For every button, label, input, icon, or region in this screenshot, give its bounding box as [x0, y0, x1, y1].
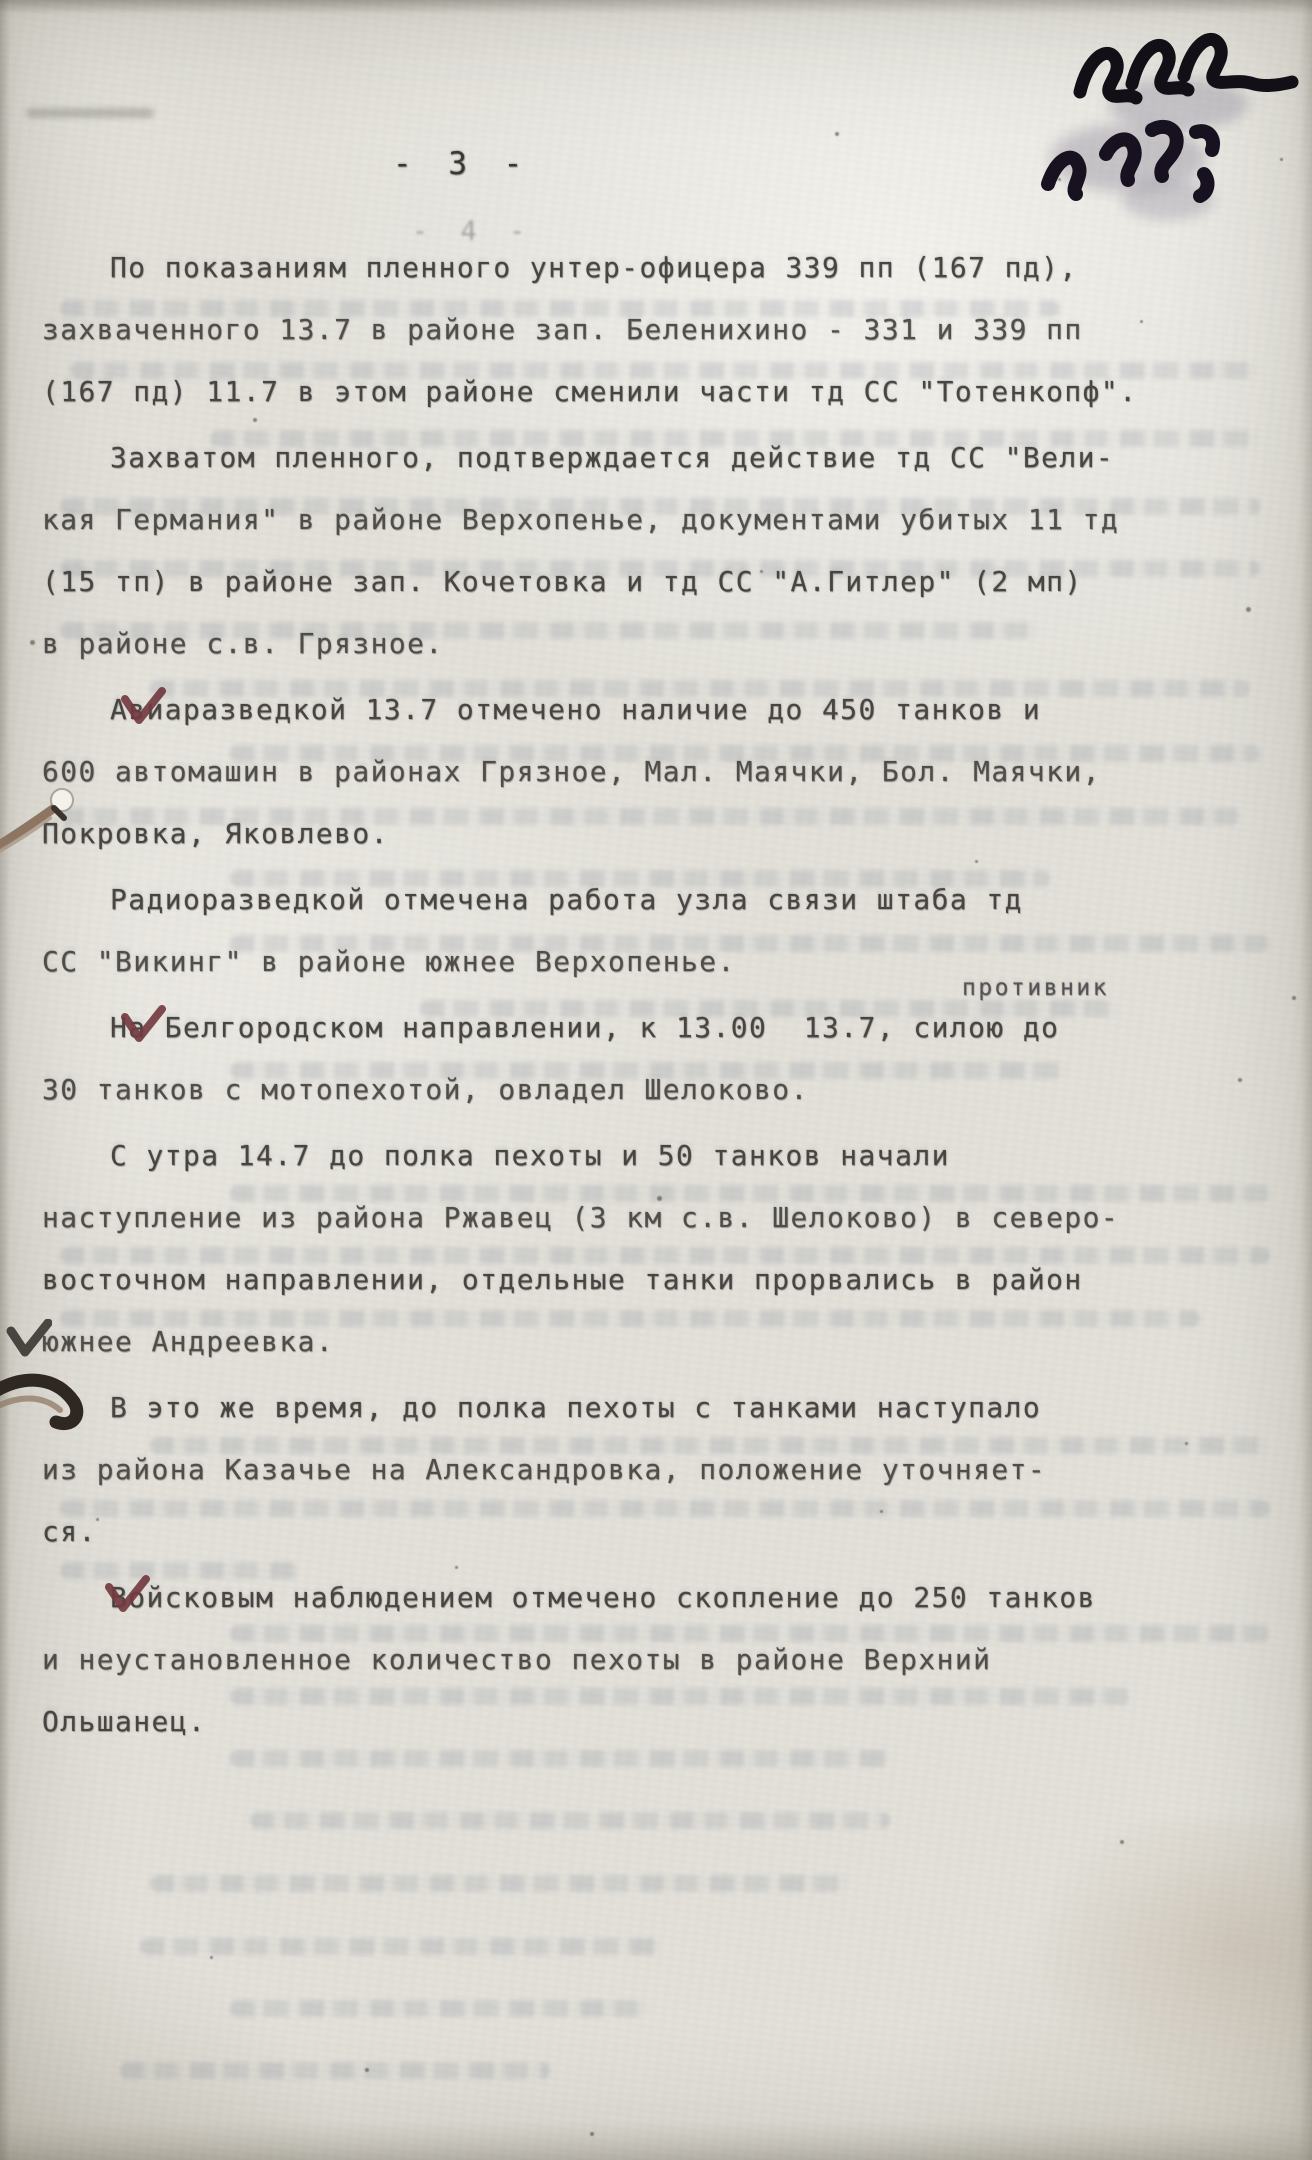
- bleed-through-line: [140, 1938, 660, 1955]
- typed-line: южнее Андреевка.: [42, 1311, 1292, 1373]
- binding-thread-lower: [0, 1352, 110, 1482]
- typed-line-text: На Белгородском направлении, к 13.00 13.…: [110, 1011, 1059, 1044]
- paper-stain: [1030, 1820, 1312, 2100]
- typed-line: Радиоразведкой отмечена работа узла связ…: [42, 869, 1292, 931]
- typed-line-text: восточном направлении, отдельные танки п…: [42, 1263, 1083, 1296]
- paper-speck: [210, 1956, 213, 1959]
- typed-line-text: 600 автомашин в районах Грязное, Мал. Ма…: [42, 755, 1101, 788]
- typed-line: В это же время, до полка пехоты с танкам…: [42, 1377, 1292, 1439]
- typed-line-text: ся.: [42, 1515, 97, 1548]
- binding-thread-upper: [0, 768, 95, 888]
- typed-line-text: Войсковым наблюдением отмечено скопление…: [110, 1581, 1096, 1614]
- typed-line-text: (15 тп) в районе зап. Кочетовка и тд СС …: [42, 565, 1083, 598]
- bleed-through-line: [120, 2062, 550, 2079]
- paragraph: В это же время, до полка пехоты с танкам…: [42, 1377, 1292, 1563]
- typed-line-text: По показаниям пленного унтер-офицера 339…: [110, 251, 1078, 284]
- typed-line-text: захваченного 13.7 в районе зап. Беленихи…: [42, 313, 1083, 346]
- typed-line: в районе с.в. Грязное.: [42, 613, 1292, 675]
- typed-line: (167 пд) 11.7 в этом районе сменили част…: [42, 361, 1292, 423]
- typed-line: Покровка, Яковлево.: [42, 803, 1292, 865]
- bleed-through-line: [150, 1875, 850, 1892]
- typed-line-text: Радиоразведкой отмечена работа узла связ…: [110, 883, 1023, 916]
- black-checkmark-icon: [4, 1317, 52, 1355]
- bleed-through-line: [230, 2000, 650, 2017]
- paragraph: С утра 14.7 до полка пехоты и 50 танков …: [42, 1125, 1292, 1373]
- typed-line: кая Германия" в районе Верхопенье, докум…: [42, 489, 1292, 551]
- typed-line-text: кая Германия" в районе Верхопенье, докум…: [42, 503, 1119, 536]
- typed-line-text: в районе с.в. Грязное.: [42, 627, 444, 660]
- typed-line-text: наступление из района Ржавец (3 км с.в. …: [42, 1201, 1119, 1234]
- typed-line-text: и неустановленное количество пехоты в ра…: [42, 1643, 991, 1676]
- typed-line-text: СС "Викинг" в районе южнее Верхопенье.: [42, 945, 736, 978]
- paper-speck: [835, 132, 839, 136]
- typed-line: По показаниям пленного унтер-офицера 339…: [42, 237, 1292, 299]
- bleed-through-line: [250, 1812, 890, 1829]
- paragraph: Войсковым наблюдением отмечено скопление…: [42, 1567, 1292, 1753]
- typed-line-text: из района Казачье на Александровка, поло…: [42, 1453, 1046, 1486]
- typed-line: из района Казачье на Александровка, поло…: [42, 1439, 1292, 1501]
- typed-line: 600 автомашин в районах Грязное, Мал. Ма…: [42, 741, 1292, 803]
- typed-line-text: В это же время, до полка пехоты с танкам…: [110, 1391, 1041, 1424]
- paragraph: По показаниям пленного унтер-офицера 339…: [42, 237, 1292, 423]
- paper-speck: [590, 2132, 594, 2136]
- typed-line-text: Авиаразведкой 13.7 отмечено наличие до 4…: [110, 693, 1041, 726]
- underlined-phrase: На Белгородском направлении,: [110, 1011, 621, 1044]
- typed-line: На Белгородском направлении, к 13.00 13.…: [42, 997, 1292, 1059]
- typed-line: Ольшанец.: [42, 1691, 1292, 1753]
- red-checkmark-icon: [34, 1573, 82, 1611]
- typed-line: Захватом пленного, подтверждается действ…: [42, 427, 1292, 489]
- red-checkmark-icon: [50, 1003, 98, 1041]
- typed-insertion-above-line: противник: [894, 977, 1109, 1000]
- handwritten-annotation-bottom: [1018, 88, 1258, 228]
- typed-line: и неустановленное количество пехоты в ра…: [42, 1629, 1292, 1691]
- paragraph: Авиаразведкой 13.7 отмечено наличие до 4…: [42, 679, 1292, 865]
- paper-speck: [1120, 1840, 1124, 1844]
- typed-line: 30 танков с мотопехотой, овладел Шелоков…: [42, 1059, 1292, 1121]
- typed-line: Авиаразведкой 13.7 отмечено наличие до 4…: [42, 679, 1292, 741]
- typed-line-text: С утра 14.7 до полка пехоты и 50 танков …: [110, 1139, 950, 1172]
- typed-line: С утра 14.7 до полка пехоты и 50 танков …: [42, 1125, 1292, 1187]
- paper-speck: [365, 2068, 369, 2072]
- typed-line-text: 30 танков с мотопехотой, овладел Шелоков…: [42, 1073, 809, 1106]
- typed-line: ся.: [42, 1501, 1292, 1563]
- paper-speck: [30, 640, 35, 645]
- typed-line-text: (167 пд) 11.7 в этом районе сменили част…: [42, 375, 1137, 408]
- paper-speck: [1292, 996, 1296, 1000]
- typed-line-text: Ольшанец.: [42, 1705, 206, 1738]
- paragraph: Захватом пленного, подтверждается действ…: [42, 427, 1292, 675]
- red-checkmark-icon: [50, 685, 98, 723]
- typed-line: (15 тп) в районе зап. Кочетовка и тд СС …: [42, 551, 1292, 613]
- typed-line: восточном направлении, отдельные танки п…: [42, 1249, 1292, 1311]
- page-number: - 3 -: [393, 146, 531, 182]
- typed-line-text: Захватом пленного, подтверждается действ…: [110, 441, 1114, 474]
- paragraph: На Белгородском направлении, к 13.00 13.…: [42, 997, 1292, 1121]
- typed-line: наступление из района Ржавец (3 км с.в. …: [42, 1187, 1292, 1249]
- typed-text: По показаниям пленного унтер-офицера 339…: [42, 237, 1292, 1757]
- typed-line: захваченного 13.7 в районе зап. Беленихи…: [42, 299, 1292, 361]
- pencil-smudge: [26, 108, 154, 118]
- scanned-document-page: { "page": { "number_label": "- 3 -", "gh…: [0, 0, 1312, 2160]
- paper-speck: [1280, 158, 1283, 161]
- typed-line: Войсковым наблюдением отмечено скопление…: [42, 1567, 1292, 1629]
